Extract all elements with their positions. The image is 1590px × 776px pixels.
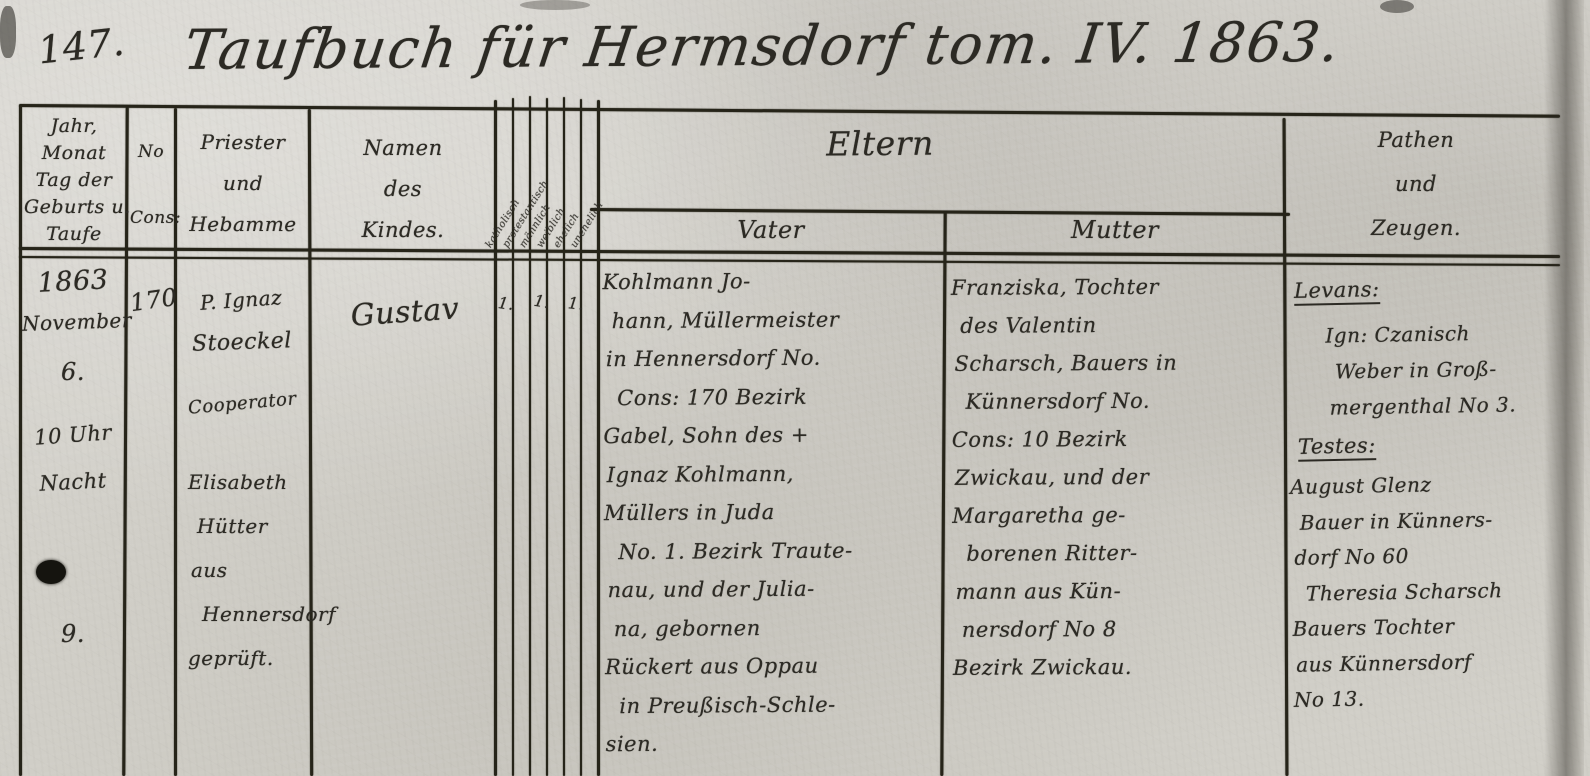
record-child-name: Gustav xyxy=(314,289,496,336)
text-line: Theresia Scharsch xyxy=(1306,573,1503,612)
text-line: geprüft. xyxy=(188,636,304,680)
col-header-child: NamendesKindes. xyxy=(312,128,494,251)
text-line: August Glenz xyxy=(1290,466,1501,505)
text-line: in Preußisch-Schle- xyxy=(619,684,941,725)
text-line: Namen xyxy=(312,128,494,169)
record-flag-ticks: 1. 1. 1. xyxy=(494,258,600,338)
text-line: borenen Ritter- xyxy=(966,533,1282,573)
record-midwife-text: ElisabethHütterausHennersdorfgeprüft. xyxy=(188,460,304,680)
text-line: Cons: 170 Bezirk xyxy=(617,376,939,417)
text-line: Pathen xyxy=(1292,118,1540,162)
text-line: Jahr, xyxy=(24,113,124,140)
text-line: na, gebornen xyxy=(614,607,941,648)
text-line: Müllers in Juda xyxy=(604,492,940,533)
text-line: des xyxy=(312,169,494,210)
record-father-text: Kohlmann Jo-hann, Müllermeisterin Henner… xyxy=(602,261,941,764)
text-line: Künnersdorf No. xyxy=(966,381,1282,421)
text-line: dorf No 60 xyxy=(1294,537,1502,576)
record-mother-text: Franziska, Tochterdes ValentinScharsch, … xyxy=(951,267,1283,687)
col-header-mother: Mutter xyxy=(948,216,1282,244)
text-line: Kohlmann Jo- xyxy=(602,261,938,302)
text-line: mann aus Kün- xyxy=(955,571,1282,611)
text-line: in Hennersdorf No. xyxy=(606,338,939,379)
record-levans-label: Levans: xyxy=(1294,278,1380,305)
flag-tick-3: 1. xyxy=(567,293,585,314)
text-line: mergenthal No 3. xyxy=(1329,386,1516,425)
text-line: Priester xyxy=(178,122,308,163)
text-line: hann, Müllermeister xyxy=(612,299,939,340)
text-line: Hebamme xyxy=(178,204,308,245)
text-line: und xyxy=(1292,162,1540,206)
text-line: aus Künnersdorf xyxy=(1296,644,1504,683)
record-priest-role: Cooperator xyxy=(187,388,297,418)
edge-smudge-top-center xyxy=(520,0,590,10)
record-birth-day: 6. xyxy=(22,358,124,386)
record-conscription-number: 170 xyxy=(128,283,179,317)
record-year: 1863 xyxy=(21,263,124,299)
record-godparents-cell: Levans: Ign: CzanischWeber in Groß-merge… xyxy=(1292,262,1554,776)
record-birth-time-of-day: Nacht xyxy=(21,467,124,496)
flag-tick-2: 1. xyxy=(532,291,551,313)
record-priest-title-name: P. Ignaz xyxy=(199,285,283,315)
text-line: Franziska, Tochter xyxy=(951,267,1281,307)
text-line: des Valentin xyxy=(960,305,1281,345)
text-line: Hütter xyxy=(197,504,304,548)
text-line: No 13. xyxy=(1294,679,1505,718)
col-divider-mother-godparents xyxy=(1283,118,1289,776)
record-testes-label: Testes: xyxy=(1298,434,1376,461)
text-line: Rückert aus Oppau xyxy=(605,646,941,687)
text-line: Bauers Tochter xyxy=(1292,608,1503,647)
edge-smudge-top-left xyxy=(0,6,16,58)
table-border-top xyxy=(19,104,1560,118)
record-date-cell: 1863 November 6. 10 Uhr Nacht 9. xyxy=(22,258,124,718)
text-line: Ignaz Kohlmann, xyxy=(607,453,940,494)
col-header-parents: Eltern xyxy=(600,122,1160,166)
record-baptism-day: 9. xyxy=(22,620,124,648)
col-header-godparents: PathenundZeugen. xyxy=(1292,118,1540,250)
record-midwife-lines: ElisabethHütterausHennersdorfgeprüft. xyxy=(188,460,304,680)
edge-smudge-top-right xyxy=(1380,0,1414,13)
record-testes-text: August GlenzBauer in Künners-dorf No 60T… xyxy=(1290,466,1505,718)
text-line: Ign: Czanisch xyxy=(1325,314,1515,353)
record-father-cell: Kohlmann Jo-hann, Müllermeisterin Henner… xyxy=(602,261,941,764)
text-line: und xyxy=(178,163,308,204)
text-line: Tag der xyxy=(24,167,124,194)
register-page: 147. Taufbuch für Hermsdorf tom. IV. 186… xyxy=(0,0,1590,776)
text-line: aus xyxy=(191,548,304,592)
record-month: November xyxy=(22,308,125,336)
page-title: Taufbuch für Hermsdorf tom. IV. 1863. xyxy=(180,10,1310,82)
text-line: Kindes. xyxy=(312,210,494,251)
text-line: Hennersdorf xyxy=(202,592,304,636)
record-birth-hour: 10 Uhr xyxy=(21,419,124,450)
flag-tick-1: 1. xyxy=(497,293,516,314)
text-line: Elisabeth xyxy=(188,460,304,504)
col-header-flags: katholisch protestantisch männlich weibl… xyxy=(490,96,610,256)
col-header-priest: PriesterundHebamme xyxy=(178,122,308,245)
text-line: Zeugen. xyxy=(1292,206,1540,250)
text-line: No. 1. Bezirk Traute- xyxy=(618,530,940,571)
text-line: Bezirk Zwickau. xyxy=(953,647,1283,687)
text-line: nersdorf No 8 xyxy=(962,609,1283,649)
text-line: nau, und der Julia- xyxy=(607,569,940,610)
record-priest-surname: Stoeckel xyxy=(192,328,293,356)
record-levans-text: Ign: CzanischWeber in Groß-mergenthal No… xyxy=(1325,314,1516,425)
text-line: Margaretha ge- xyxy=(952,495,1282,535)
text-line: Weber in Groß- xyxy=(1335,350,1516,389)
col-header-conscription-cons: Cons: xyxy=(130,208,181,228)
text-line: Scharsch, Bauers in xyxy=(954,343,1281,383)
col-header-father: Vater xyxy=(600,216,942,244)
col-header-conscription-no: No xyxy=(138,142,164,162)
text-line: Zwickau, und der xyxy=(955,457,1282,497)
text-line: Gabel, Sohn des + xyxy=(603,415,939,456)
text-line: Monat xyxy=(24,140,124,167)
text-line: sien. xyxy=(605,723,941,764)
page-number: 147. xyxy=(36,20,127,73)
col-header-date: Jahr,MonatTag derGeburts u.Taufe xyxy=(24,113,124,248)
record-priest-cell: P. Ignaz Stoeckel Cooperator ElisabethHü… xyxy=(180,260,308,680)
table-border-eltern-sub xyxy=(590,208,1290,216)
record-mother-cell: Franziska, Tochterdes ValentinScharsch, … xyxy=(951,267,1283,687)
text-line: Bauer in Künners- xyxy=(1299,502,1501,541)
text-line: Geburts u. xyxy=(24,194,124,221)
text-line: Cons: 10 Bezirk xyxy=(952,419,1282,459)
text-line: Taufe xyxy=(24,221,124,248)
